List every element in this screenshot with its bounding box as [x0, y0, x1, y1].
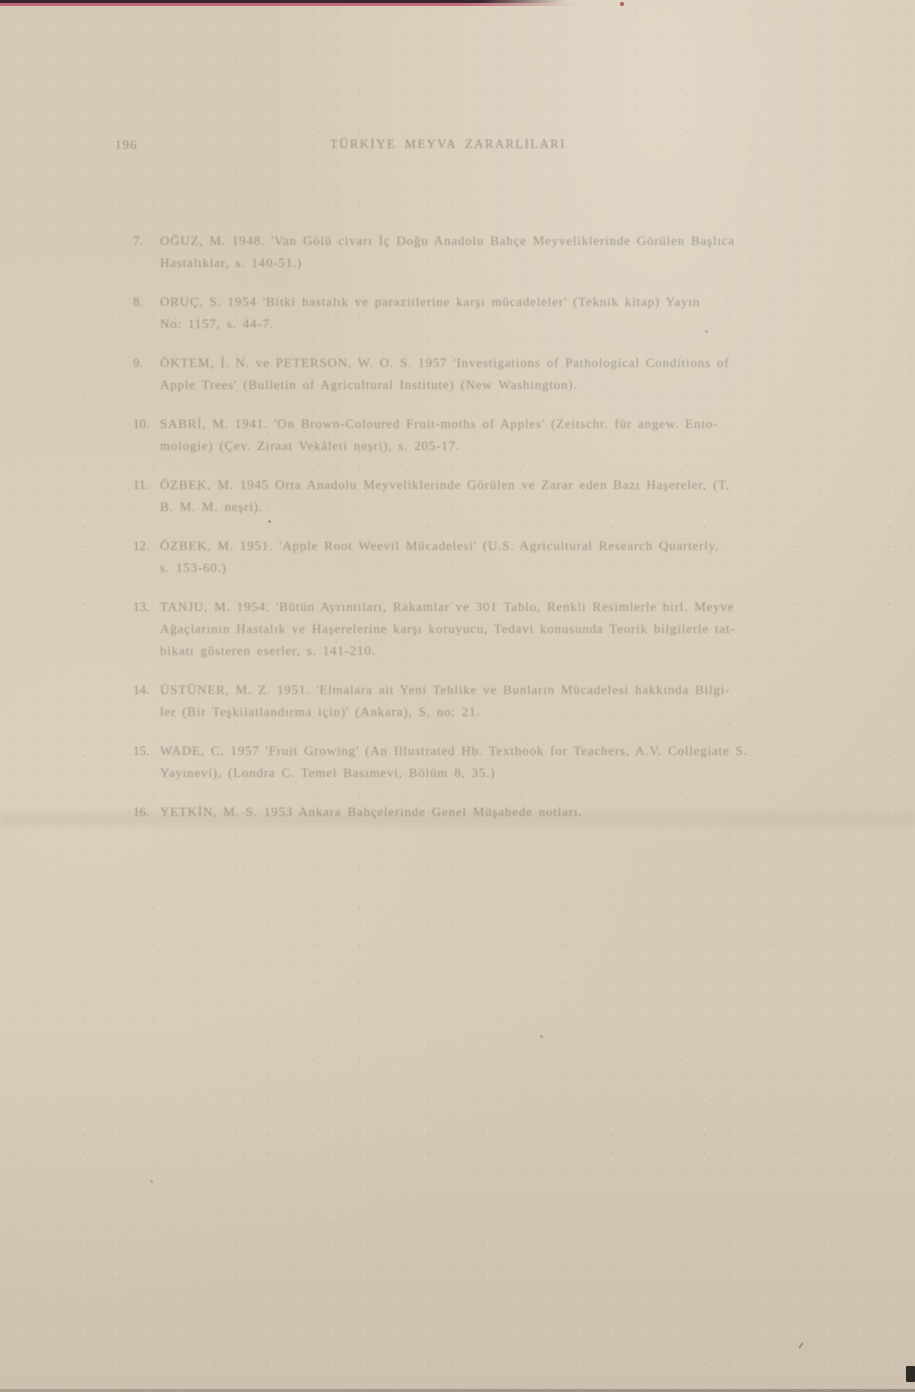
reference-number: 9.: [133, 352, 143, 374]
reference-number: 13.: [133, 596, 149, 618]
reference-number: 8.: [133, 291, 143, 313]
reference-entry: 12.ÖZBEK, M. 1951. 'Apple Root Weevil Mü…: [133, 535, 815, 579]
reference-number: 14.: [133, 679, 149, 701]
reference-line: mologie) (Çev. Ziraat Vekâleti neşri), s…: [160, 435, 815, 457]
reference-entry: 14.ÜSTÜNER, M. Z. 1951. 'Elmalara ait Ye…: [133, 679, 815, 723]
red-paper-speck: [620, 2, 624, 6]
reference-number: 12.: [133, 535, 149, 557]
reference-number: 15.: [133, 740, 149, 762]
reference-line: No: 1157, s. 44-7.: [160, 313, 815, 335]
reference-line: B. M. M. neşri).: [160, 496, 815, 518]
reference-line: s. 153-60.): [160, 557, 815, 579]
reference-line: Apple Trees' (Bulletin of Agricultural I…: [160, 374, 815, 396]
paper-speck: [150, 1180, 153, 1183]
page-header: 196 TÜRKİYE MEYVA ZARARLILARI: [0, 137, 915, 157]
reference-entry: 16.YETKİN, M. S. 1953 Ankara Bahçelerind…: [133, 801, 815, 823]
paper-fiber-speck: [798, 1342, 804, 1349]
reference-line: ÖKTEM, İ. N. ve PETERSON, W. O. S. 1957 …: [160, 352, 815, 374]
reference-number: 11.: [133, 474, 149, 496]
reference-line: bikatı gösteren eserler, s. 141-210.: [160, 640, 815, 662]
references-list: 7.OĞUZ, M. 1948. 'Van Gölü civarı İç Doğ…: [133, 230, 815, 840]
reference-number: 10.: [133, 413, 149, 435]
reference-line: ÜSTÜNER, M. Z. 1951. 'Elmalara ait Yeni …: [160, 679, 815, 701]
reference-line: ÖZBEK, M. 1951. 'Apple Root Weevil Mücad…: [160, 535, 815, 557]
reference-line: OĞUZ, M. 1948. 'Van Gölü civarı İç Doğu …: [160, 230, 815, 252]
reference-line: Ağaçlarının Hastalık ve Haşerelerine kar…: [160, 618, 815, 640]
reference-entry: 15.WADE, C. 1957 'Fruit Growing' (An Ill…: [133, 740, 815, 784]
reference-line: ler (Bir Teşkilatlandırma için)' (Ankara…: [160, 701, 815, 723]
reference-entry: 13.TANJU, M. 1954. 'Bütün Ayrıntıları, R…: [133, 596, 815, 662]
reference-line: ORUÇ, S. 1954 'Bitki hastalık ve parazit…: [160, 291, 815, 313]
reference-line: SABRİ, M. 1941. 'On Brown-Coloured Fruit…: [160, 413, 815, 435]
reference-line: YETKİN, M. S. 1953 Ankara Bahçelerinde G…: [160, 801, 815, 823]
reference-entry: 11.ÖZBEK, M. 1945 Orta Anadolu Meyvelikl…: [133, 474, 815, 518]
reference-line: Yayınevi), (Londra C. Temel Basımevi, Bö…: [160, 762, 815, 784]
reference-line: WADE, C. 1957 'Fruit Growing' (An Illust…: [160, 740, 815, 762]
reference-number: 7.: [133, 230, 143, 252]
right-edge-dark-notch: [906, 1366, 915, 1382]
scanned-book-page: 196 TÜRKİYE MEYVA ZARARLILARI 7.OĞUZ, M.…: [0, 0, 915, 1392]
reference-entry: 10.SABRİ, M. 1941. 'On Brown-Coloured Fr…: [133, 413, 815, 457]
paper-speck: [540, 1035, 543, 1038]
reference-entry: 8.ORUÇ, S. 1954 'Bitki hastalık ve paraz…: [133, 291, 815, 335]
reference-entry: 9.ÖKTEM, İ. N. ve PETERSON, W. O. S. 195…: [133, 352, 815, 396]
reference-line: ÖZBEK, M. 1945 Orta Anadolu Meyvelikleri…: [160, 474, 815, 496]
reference-entry: 7.OĞUZ, M. 1948. 'Van Gölü civarı İç Doğ…: [133, 230, 815, 274]
reference-number: 16.: [133, 801, 149, 823]
page-number: 196: [115, 137, 138, 153]
reference-line: TANJU, M. 1954. 'Bütün Ayrıntıları, Raka…: [160, 596, 815, 618]
running-title: TÜRKİYE MEYVA ZARARLILARI: [330, 137, 566, 152]
reference-line: Hastalıklar, s. 140-51.): [160, 252, 815, 274]
scanner-top-strip-pink: [0, 3, 578, 6]
